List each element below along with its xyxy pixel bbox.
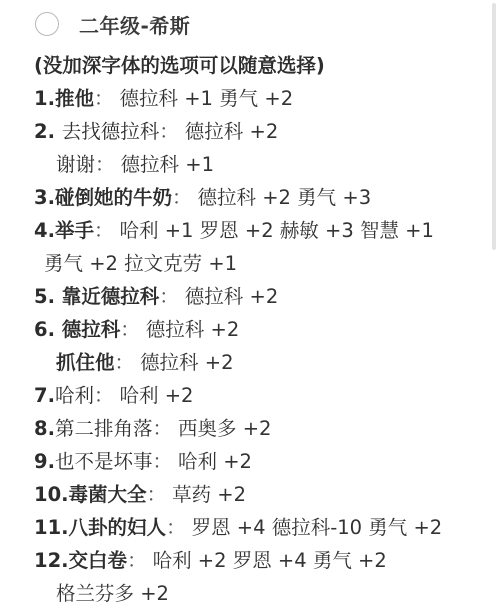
separator: ： — [153, 417, 173, 440]
list-item-8: 8.第二排角落：西奥多 +2 — [34, 412, 480, 445]
separator: ： — [159, 285, 179, 308]
option-effects: 德拉科 +2 — [140, 351, 233, 374]
separator: ： — [94, 384, 114, 407]
option-effects: 哈利 +2 — [178, 450, 252, 473]
list-item-4-continuation: 勇气 +2 拉文克劳 +1 — [34, 247, 480, 280]
list-item-12: 12.交白卷：哈利 +2 罗恩 +4 勇气 +2 — [34, 544, 480, 577]
choice-list: (没加深字体的选项可以随意选择) 1.推他：德拉科 +1 勇气 +2 2. 去找… — [34, 49, 480, 606]
item-number: 9. — [34, 450, 55, 473]
separator: ： — [153, 450, 173, 473]
option-effects: 德拉科 +2 勇气 +3 — [198, 186, 372, 209]
list-item-4: 4.举手：哈利 +1 罗恩 +2 赫敏 +3 智慧 +1 — [34, 214, 480, 247]
item-number: 10. — [34, 483, 69, 506]
item-number: 11. — [34, 516, 69, 539]
separator: ： — [94, 219, 114, 242]
item-number: 12. — [34, 549, 69, 572]
list-item-10: 10.毒菌大全：草药 +2 — [34, 478, 480, 511]
option-effects: 哈利 +2 — [120, 384, 194, 407]
task-checkbox[interactable] — [35, 12, 59, 36]
option-label: 毒菌大全 — [69, 483, 147, 506]
option-effects: 罗恩 +4 德拉科-10 勇气 +2 — [192, 516, 443, 539]
page-title: 二年级-希斯 — [79, 10, 190, 39]
list-item-1: 1.推他：德拉科 +1 勇气 +2 — [34, 82, 480, 115]
option-label: 德拉科 — [62, 318, 121, 341]
option-effects: 西奥多 +2 — [178, 417, 271, 440]
separator: ： — [94, 87, 114, 110]
separator: ： — [147, 483, 167, 506]
list-subitem-2: 谢谢：德拉科 +1 — [34, 148, 480, 181]
option-label: 举手 — [55, 219, 94, 242]
option-label: 去找德拉科 — [62, 120, 160, 143]
item-number: 2. — [34, 120, 62, 143]
item-number: 6. — [34, 318, 62, 341]
list-item-11: 11.八卦的妇人：罗恩 +4 德拉科-10 勇气 +2 — [34, 511, 480, 544]
option-effects: 德拉科 +1 勇气 +2 — [120, 87, 294, 110]
separator: ： — [127, 549, 147, 572]
option-label: 碰倒她的牛奶 — [55, 186, 172, 209]
list-item-6: 6. 德拉科：德拉科 +2 — [34, 313, 480, 346]
item-number: 1. — [34, 87, 55, 110]
option-effects: 格兰芬多 +2 — [56, 582, 169, 605]
separator: ： — [120, 318, 140, 341]
option-label: 抓住他 — [56, 351, 115, 374]
separator: ： — [159, 120, 179, 143]
separator: ： — [115, 351, 135, 374]
list-item-12-continuation: 格兰芬多 +2 — [34, 577, 480, 606]
option-label: 第二排角落 — [55, 417, 153, 440]
vertical-scrollbar[interactable] — [492, 3, 496, 250]
item-number: 8. — [34, 417, 55, 440]
header: 二年级-希斯 — [35, 10, 190, 38]
option-effects: 德拉科 +2 — [185, 285, 278, 308]
option-label: 靠近德拉科 — [62, 285, 160, 308]
item-number: 5. — [34, 285, 62, 308]
option-label: 哈利 — [55, 384, 94, 407]
option-label: 八卦的妇人 — [69, 516, 167, 539]
option-label: 推他 — [55, 87, 94, 110]
option-effects: 德拉科 +1 — [121, 153, 214, 176]
option-label: 也不是坏事 — [55, 450, 153, 473]
list-item-3: 3.碰倒她的牛奶：德拉科 +2 勇气 +3 — [34, 181, 480, 214]
option-effects: 德拉科 +2 — [185, 120, 278, 143]
item-number: 3. — [34, 186, 55, 209]
separator: ： — [172, 186, 192, 209]
list-item-5: 5. 靠近德拉科：德拉科 +2 — [34, 280, 480, 313]
item-number: 7. — [34, 384, 55, 407]
separator: ： — [166, 516, 186, 539]
list-subitem-6: 抓住他：德拉科 +2 — [34, 346, 480, 379]
item-number: 4. — [34, 219, 55, 242]
separator: ： — [95, 153, 115, 176]
option-effects: 哈利 +2 罗恩 +4 勇气 +2 — [153, 549, 387, 572]
instruction-note: (没加深字体的选项可以随意选择) — [34, 49, 480, 82]
option-effects: 德拉科 +2 — [146, 318, 239, 341]
option-label: 谢谢 — [56, 153, 95, 176]
option-label: 交白卷 — [69, 549, 128, 572]
option-effects: 哈利 +1 罗恩 +2 赫敏 +3 智慧 +1 — [120, 219, 434, 242]
option-effects: 草药 +2 — [172, 483, 246, 506]
option-effects: 勇气 +2 拉文克劳 +1 — [44, 252, 237, 275]
list-item-2: 2. 去找德拉科：德拉科 +2 — [34, 115, 480, 148]
list-item-9: 9.也不是坏事：哈利 +2 — [34, 445, 480, 478]
list-item-7: 7.哈利：哈利 +2 — [34, 379, 480, 412]
